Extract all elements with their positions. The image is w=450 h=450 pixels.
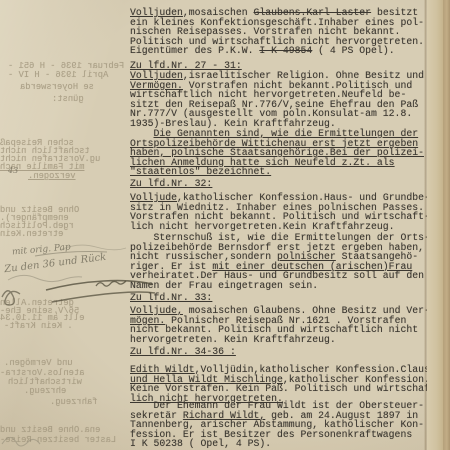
typed-line: "staatenlos" bezeichnet. (130, 167, 430, 177)
text-segment: Zu lfd.Nr. 33: (130, 292, 212, 303)
typed-line: Zu lfd.Nr. 32: (130, 179, 430, 189)
typed-heading: Zu lfd.Nr. 32: (130, 179, 430, 189)
typed-line: hervorgetreten. Kein Kraftfahrzeug. (130, 335, 430, 345)
typed-line: 1935)-Breslau). Kein Kraftfahrzeug. (130, 119, 430, 129)
typed-paragraph: Edith Wildt,Volljüdin,katholischer Konfe… (130, 365, 430, 403)
typed-line: I K 50238 ( Opel, 4 PS). (130, 439, 430, 449)
scanned-document-page: { "page": { "paper_color": "#d7cdb4", "i… (0, 0, 450, 450)
text-segment: hervorgetreten. Kein Kraftfahrzeug. (130, 334, 336, 345)
typed-paragraph: Volljuden,mosaischen Glaubens.Karl Laste… (130, 8, 430, 56)
typed-line: lich nicht hervorgetreten.Kein Kraftfahr… (130, 222, 430, 232)
text-segment: I K 50238 ( Opel, 4 PS). (130, 438, 271, 449)
typed-heading: Zu lfd.Nr. 34-36 : (130, 347, 430, 357)
typed-line: Eigentümer des P.K.W. I K 49854 ( 4 PS O… (130, 46, 430, 56)
text-segment: Zu lfd.Nr. 34-36 : (130, 346, 236, 357)
text-segment: Namen der Frau eingetragen sein. (130, 280, 318, 291)
typed-line: Zu lfd.Nr. 33: (130, 293, 430, 303)
page-edge-shadow (443, 0, 450, 450)
typed-heading: Zu lfd.Nr. 33: (130, 293, 430, 303)
typed-text-layer: Volljuden,mosaischen Glaubens.Karl Laste… (0, 0, 450, 450)
text-segment: ( 4 PS Opel). (312, 45, 394, 56)
underlying-page-edge (427, 0, 443, 450)
text-segment: I K 49854 (259, 45, 312, 56)
typed-paragraph: Der Ehemann der Frau Wildt ist der Obers… (130, 401, 430, 449)
text-segment: Eigentümer des P.K.W. (130, 45, 259, 56)
typed-paragraph: Sternschuß ist, wie die Ermittelungen de… (130, 233, 430, 290)
typed-paragraph: Volljuden,israelitischer Religion. Ohne … (130, 71, 430, 128)
typed-paragraph: Volljude,katholischer Konfession.Haus- u… (130, 193, 430, 231)
typed-paragraph: Die Genannten sind, wie die Ermittelunge… (130, 129, 430, 177)
text-segment: lich nicht hervorgetreten.Kein Kraftfahr… (130, 221, 395, 232)
text-segment: Zu lfd.Nr. 32: (130, 178, 212, 189)
typed-line: Zu lfd.Nr. 34-36 : (130, 347, 430, 357)
typed-line: Namen der Frau eingetragen sein. (130, 281, 430, 291)
typed-paragraph: Volljude, mosaischen Glaubens. Ohne Besi… (130, 306, 430, 344)
pencil-handwriting: 43 (8, 166, 18, 175)
text-segment: "staatenlos" bezeichnet. (130, 166, 271, 177)
text-segment: 1935)-Breslau). Kein Kraftfahrzeug. (130, 118, 336, 129)
